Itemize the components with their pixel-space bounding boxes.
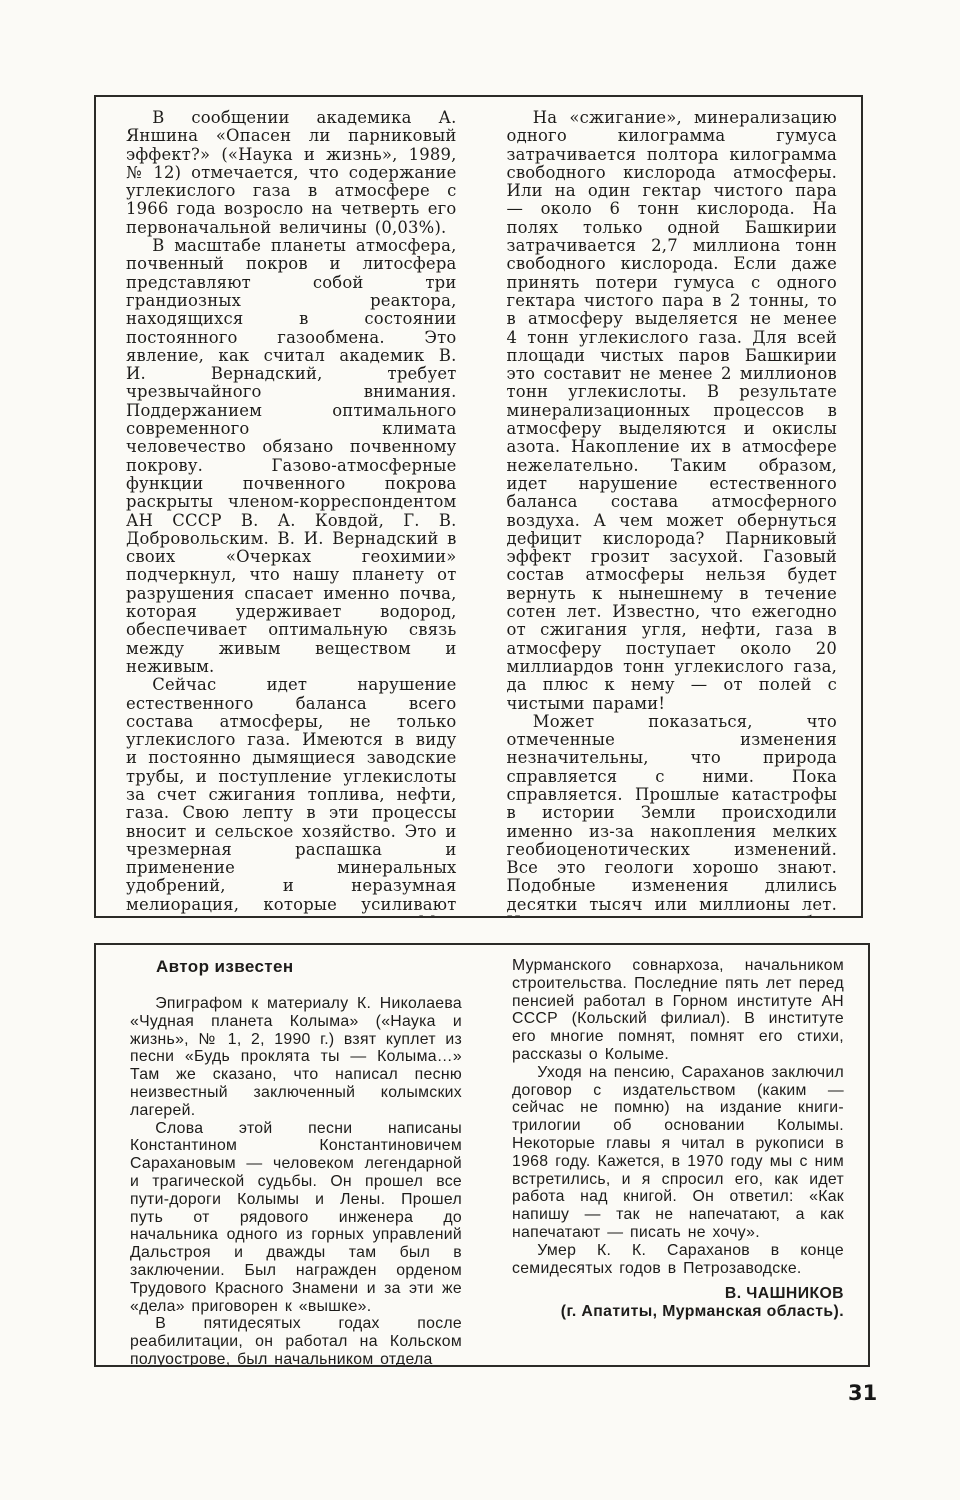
signature-location: (г. Апатиты, Мурманская область). (512, 1303, 844, 1321)
article2-left-column: Автор известен Эпиграфом к материалу К. … (130, 957, 462, 1357)
article2-right-column: Мурманского совнархоза, начальником стро… (512, 957, 844, 1357)
paragraph: Умер К. К. Сараханов в конце семидесятых… (512, 1242, 844, 1278)
paragraph: Мурманского совнархоза, начальником стро… (512, 957, 844, 1064)
article-author-known-box: Автор известен Эпиграфом к материалу К. … (94, 943, 870, 1367)
article1-right-column: На «сжигание», минерализацию одного кило… (507, 109, 838, 906)
article-greenhouse-box: В сообщении академика А. Яншина «Опасен … (94, 95, 863, 918)
paragraph: Уходя на пенсию, Сараханов заключил дого… (512, 1064, 844, 1242)
article-title: Автор известен (156, 957, 462, 977)
paragraph: На «сжигание», минерализацию одного кило… (507, 109, 838, 713)
article1-columns: В сообщении академика А. Яншина «Опасен … (126, 109, 837, 906)
author-signature: В. ЧАШНИКОВ (г. Апатиты, Мурманская обла… (512, 1285, 844, 1321)
article1-left-column: В сообщении академика А. Яншина «Опасен … (126, 109, 457, 906)
paragraph: В пятидесятых годах после реабилитации, … (130, 1315, 462, 1367)
page-number: 31 (848, 1381, 877, 1405)
signature-name: В. ЧАШНИКОВ (512, 1285, 844, 1303)
paragraph: В масштабе планеты атмосфера, почвенный … (126, 237, 457, 676)
paragraph: В сообщении академика А. Яншина «Опасен … (126, 109, 457, 237)
paragraph: Сейчас идет нарушение естественного бала… (126, 676, 457, 918)
article2-columns: Автор известен Эпиграфом к материалу К. … (130, 957, 844, 1357)
paragraph: Слова этой песни написаны Константином К… (130, 1120, 462, 1316)
paragraph: Может показаться, что отмеченные изменен… (507, 713, 838, 918)
paragraph: Эпиграфом к материалу К. Николаева «Чудн… (130, 995, 462, 1120)
